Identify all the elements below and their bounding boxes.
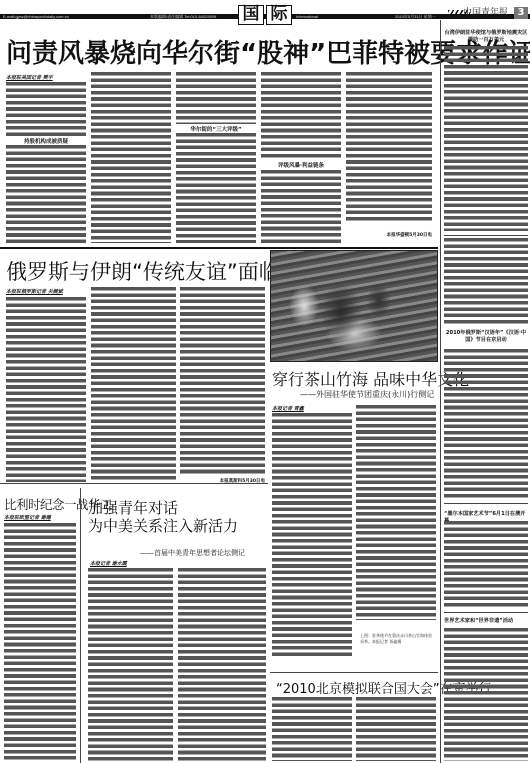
divider bbox=[444, 503, 528, 504]
byline-buffett: 本报驻美国记者 樊宇 bbox=[6, 74, 53, 81]
article-body: 穆迪等三大信用评级机构被指在次贷危机中推波助澜。美国金融危机调查委员会要求巴菲特… bbox=[91, 72, 171, 243]
divider bbox=[444, 612, 528, 613]
sidebar-title: 2010年俄罗斯“汉语年”《汉语·中国》节目在京启动 bbox=[444, 330, 528, 344]
article-body: 作为“2010外国驻华使节走入中国行”活动的一部分，5月27日至30日，外国驻华… bbox=[272, 413, 352, 658]
masthead-email: E-mail:gjxw@chinayouthdaily.com.cn bbox=[3, 14, 69, 19]
sidebar-body: 本报讯 2010年中俄“汉语年”活动之一，《汉语·中国》节目在京启动。网址：ww… bbox=[444, 349, 528, 499]
byline-russia-iran: 本报驻俄罗斯记者 关健斌 bbox=[6, 288, 63, 295]
article-body: 5月27日，在俄方表态后，俄伊关系再次受到关注。伊朗总统艾哈迈迪-内贾德公开批评… bbox=[6, 297, 86, 482]
divider bbox=[444, 235, 528, 236]
newspaper-logo: 中国青年报 bbox=[463, 5, 508, 18]
article-body: 穆迪等三大信用评级机构被指在次贷危机中推波助澜。美国金融危机调查委员会要求巴菲特… bbox=[176, 133, 256, 243]
article-body: 5月28日，首届中美青年思想者论坛在北京举行，来自中美两国的青年学者就双边关系展… bbox=[88, 568, 173, 761]
article-body: 穆迪等三大信用评级机构被指在次贷危机中推波助澜。美国金融危机调查委员会要求巴菲特… bbox=[6, 82, 86, 136]
article-body: 本报北京5月30日电 由北京大学主办的2010北京模拟联合国大会于近日举行，来自… bbox=[272, 697, 352, 761]
subhead: 评级风暴·利益链条 bbox=[261, 161, 341, 169]
sidebar-body: 本报讯 伊朗驻华使馆近日宣布向地震灾区援助一百万美元，用于灾后重建工作。 bbox=[444, 238, 528, 326]
sidebar-title: 世界艺术家和“世界非遗”活动 bbox=[444, 618, 528, 625]
byline-youth: 本报记者 谢水霞 bbox=[90, 560, 127, 567]
divider bbox=[80, 488, 81, 763]
photo-caption: 上图：驻华使节在重庆永川茶山竹海体验采茶。本报记者 胥鑫摄 bbox=[360, 633, 434, 645]
divider bbox=[0, 483, 268, 484]
article-body: 作为“2010外国驻华使节走入中国行”活动的一部分，5月27日至30日，外国驻华… bbox=[356, 405, 436, 620]
article-body: 5月27日，在俄方表态后，俄伊关系再次受到关注。伊朗总统艾哈迈迪-内贾德公开批评… bbox=[180, 287, 265, 475]
sidebar-divider bbox=[440, 20, 441, 763]
masthead-date: 2010年5月31日 星期一 bbox=[395, 14, 436, 19]
article-body: 穆迪等三大信用评级机构被指在次贷危机中推波助澜。美国金融危机调查委员会要求巴菲特… bbox=[261, 72, 341, 158]
section-char-1: 国 bbox=[238, 5, 264, 25]
tea-garden-photo bbox=[270, 250, 438, 362]
subheadline-youth: ——首届中美青年思想者论坛侧记 bbox=[140, 548, 245, 558]
sidebar-title: 台湾伊朗驻华使馆与俄罗斯地震灾区援助一百万美元 bbox=[444, 30, 528, 44]
divider bbox=[270, 672, 438, 673]
divider bbox=[0, 247, 438, 249]
headline-youth-line2: 为中美关系注入新活力 bbox=[88, 515, 238, 536]
article-body: 5月28日，首届中美青年思想者论坛在北京举行，来自中美两国的青年学者就双边关系展… bbox=[178, 568, 266, 761]
article-body: 5月27日，在俄方表态后，俄伊关系再次受到关注。伊朗总统艾哈迈迪-内贾德公开批评… bbox=[91, 287, 176, 482]
sidebar-body: 本报讯 伊朗驻华使馆近日宣布向地震灾区援助一百万美元，用于灾后重建工作。 bbox=[444, 46, 528, 231]
subhead: 持股机构成被质疑 bbox=[6, 137, 86, 145]
article-body: 穆迪等三大信用评级机构被指在次贷危机中推波助澜。美国金融危机调查委员会要求巴菲特… bbox=[261, 170, 341, 243]
subheadline-tea-culture: ——外国驻华使节团重庆(永川)行侧记 bbox=[300, 389, 434, 400]
article-body: 本报北京5月30日电 由北京大学主办的2010北京模拟联合国大会于近日举行，来自… bbox=[356, 697, 436, 761]
article-body: 穆迪等三大信用评级机构被指在次贷危机中推波助澜。美国金融危机调查委员会要求巴菲特… bbox=[6, 145, 86, 243]
byline-tea-culture: 本报记者 胥鑫 bbox=[272, 405, 304, 412]
article-body: 穆迪等三大信用评级机构被指在次贷危机中推波助澜。美国金融危机调查委员会要求巴菲特… bbox=[176, 72, 256, 124]
byline-belgium: 本报驻欧盟记者 谢德 bbox=[4, 514, 51, 521]
subhead: 华尔街的“三大评级” bbox=[176, 125, 256, 133]
signature-buffett: 本报华盛顿5月30日电 bbox=[346, 232, 432, 238]
page-number: 3 bbox=[514, 7, 528, 19]
masthead-editor-info: 本版编辑/责任编辑 Tel:010-84029009 bbox=[150, 14, 216, 19]
article-body: 5月30日下午，比利时举行仪式纪念第一次世界大战期间为协约国服务的中国劳工。 bbox=[4, 523, 76, 761]
section-char-2: 际 bbox=[266, 5, 292, 25]
sidebar-body: 本报讯 来自各国的艺术家参加了在中国举办的世界非物质文化遗产活动。 bbox=[444, 628, 528, 761]
sidebar-body: 本报讯 “墨尔本国家艺术节”将于6月1日在澳大利亚开幕，中国艺术团应邀参加。 bbox=[444, 521, 528, 607]
article-body: 穆迪等三大信用评级机构被指在次贷危机中推波助澜。美国金融危机调查委员会要求巴菲特… bbox=[346, 72, 432, 222]
section-en: International bbox=[296, 14, 318, 19]
